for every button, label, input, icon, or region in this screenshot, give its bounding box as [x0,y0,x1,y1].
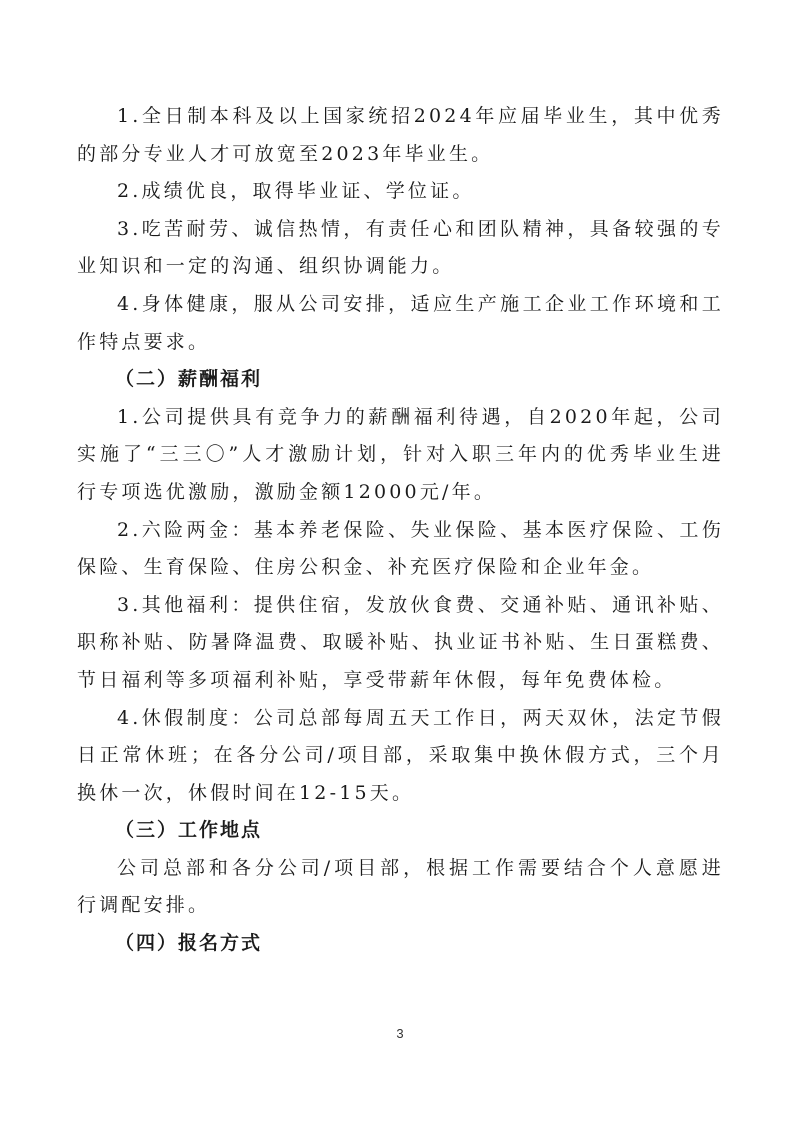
benefit-item-2: 2.六险两金：基本养老保险、失业保险、基本医疗保险、工伤保险、生育保险、住房公积… [77,512,724,587]
requirement-item-4: 4.身体健康，服从公司安排，适应生产施工企业工作环境和工作特点要求。 [77,286,724,361]
section-heading-salary-benefits: （二）薪酬福利 [77,361,724,399]
section-heading-application-method: （四）报名方式 [77,925,724,963]
requirement-item-3: 3.吃苦耐劳、诚信热情，有责任心和团队精神，具备较强的专业知识和一定的沟通、组织… [77,211,724,286]
benefit-item-4: 4.休假制度：公司总部每周五天工作日，两天双休，法定节假日正常休班；在各分公司/… [77,700,724,813]
work-location-text: 公司总部和各分公司/项目部，根据工作需要结合个人意愿进行调配安排。 [77,850,724,925]
benefit-item-1: 1.公司提供具有竞争力的薪酬福利待遇，自2020年起，公司实施了“三三〇”人才激… [77,399,724,512]
document-page: 1.全日制本科及以上国家统招2024年应届毕业生，其中优秀的部分专业人才可放宽至… [77,98,724,963]
section-heading-work-location: （三）工作地点 [77,812,724,850]
page-number: 3 [0,1026,800,1041]
requirement-item-1: 1.全日制本科及以上国家统招2024年应届毕业生，其中优秀的部分专业人才可放宽至… [77,98,724,173]
benefit-item-3: 3.其他福利：提供住宿，发放伙食费、交通补贴、通讯补贴、职称补贴、防暑降温费、取… [77,587,724,700]
requirement-item-2: 2.成绩优良，取得毕业证、学位证。 [77,173,724,211]
